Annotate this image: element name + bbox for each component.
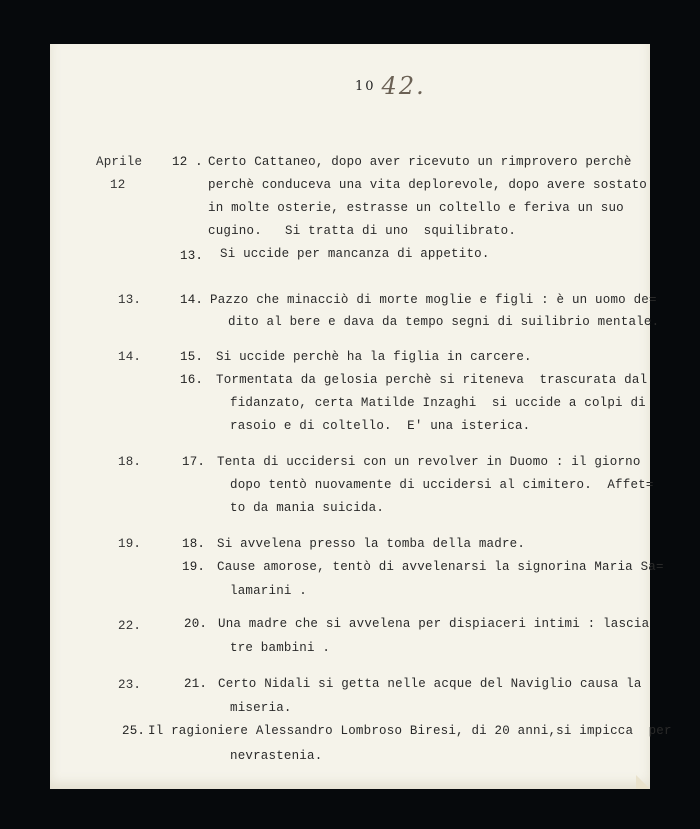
- entry-number: 13.: [180, 249, 203, 263]
- entry-line: perchè conduceva una vita deplorevole, d…: [208, 178, 647, 192]
- entry-line: Pazzo che minacciò di morte moglie e fig…: [210, 293, 657, 307]
- entry-number: 15.: [180, 350, 203, 364]
- handwritten-page-number: 42.: [382, 72, 426, 100]
- entry-number: 25.: [122, 724, 145, 738]
- entry-number: 21.: [184, 677, 207, 691]
- entry-number: 18.: [182, 537, 205, 551]
- entry-line: Tormentata da gelosia perchè si riteneva…: [216, 373, 647, 387]
- entry-line: cugino. Si tratta di uno squilibrato.: [208, 224, 516, 238]
- entry-line: Il ragioniere Alessandro Lombroso Biresi…: [148, 724, 672, 738]
- struck-page-number: 10: [355, 79, 376, 94]
- entry-date: 19.: [118, 537, 141, 551]
- entry-date: 22.: [118, 619, 141, 633]
- entry-line: Tenta di uccidersi con un revolver in Du…: [217, 455, 641, 469]
- entry-number: 12 .: [172, 155, 203, 169]
- entry-number: 17.: [182, 455, 205, 469]
- entry-line: Si uccide perchè ha la figlia in carcere…: [216, 350, 532, 364]
- entry-date: 18.: [118, 455, 141, 469]
- entry-date: 14.: [118, 350, 141, 364]
- entry-line: nevrastenia.: [230, 749, 322, 763]
- month-label: Aprile: [96, 155, 142, 169]
- entry-line: dopo tentò nuovamente di uccidersi al ci…: [230, 478, 654, 492]
- entry-line: to da mania suicida.: [230, 501, 384, 515]
- entry-line: lamarini .: [230, 584, 307, 598]
- entry-number: 14.: [180, 293, 203, 307]
- entry-date: 23.: [118, 678, 141, 692]
- entry-line: Si uccide per mancanza di appetito.: [220, 247, 490, 261]
- entry-number: 20.: [184, 617, 207, 631]
- entry-number: 16.: [180, 373, 203, 387]
- entry-line: miseria.: [230, 701, 292, 715]
- document-page: 1042. Aprile 12 12 . Certo Cattaneo, dop…: [50, 44, 650, 789]
- entry-date: 12: [110, 178, 125, 192]
- entry-line: fidanzato, certa Matilde Inzaghi si ucci…: [230, 396, 646, 410]
- folded-corner: [636, 775, 650, 789]
- entry-date: 13.: [118, 293, 141, 307]
- entry-line: Cause amorose, tentò di avvelenarsi la s…: [217, 560, 664, 574]
- entry-line: Certo Nidali si getta nelle acque del Na…: [218, 677, 642, 691]
- entry-line: dito al bere e dava da tempo segni di su…: [228, 315, 659, 329]
- entry-line: Una madre che si avvelena per dispiaceri…: [218, 617, 649, 631]
- entry-line: Si avvelena presso la tomba della madre.: [217, 537, 525, 551]
- entry-number: 19.: [182, 560, 205, 574]
- page-number: 1042.: [355, 72, 426, 100]
- entry-line: rasoio e di coltello. E' una isterica.: [230, 419, 530, 433]
- entry-line: in molte osterie, estrasse un coltello e…: [208, 201, 624, 215]
- entry-line: tre bambini .: [230, 641, 330, 655]
- entry-line: Certo Cattaneo, dopo aver ricevuto un ri…: [208, 155, 632, 169]
